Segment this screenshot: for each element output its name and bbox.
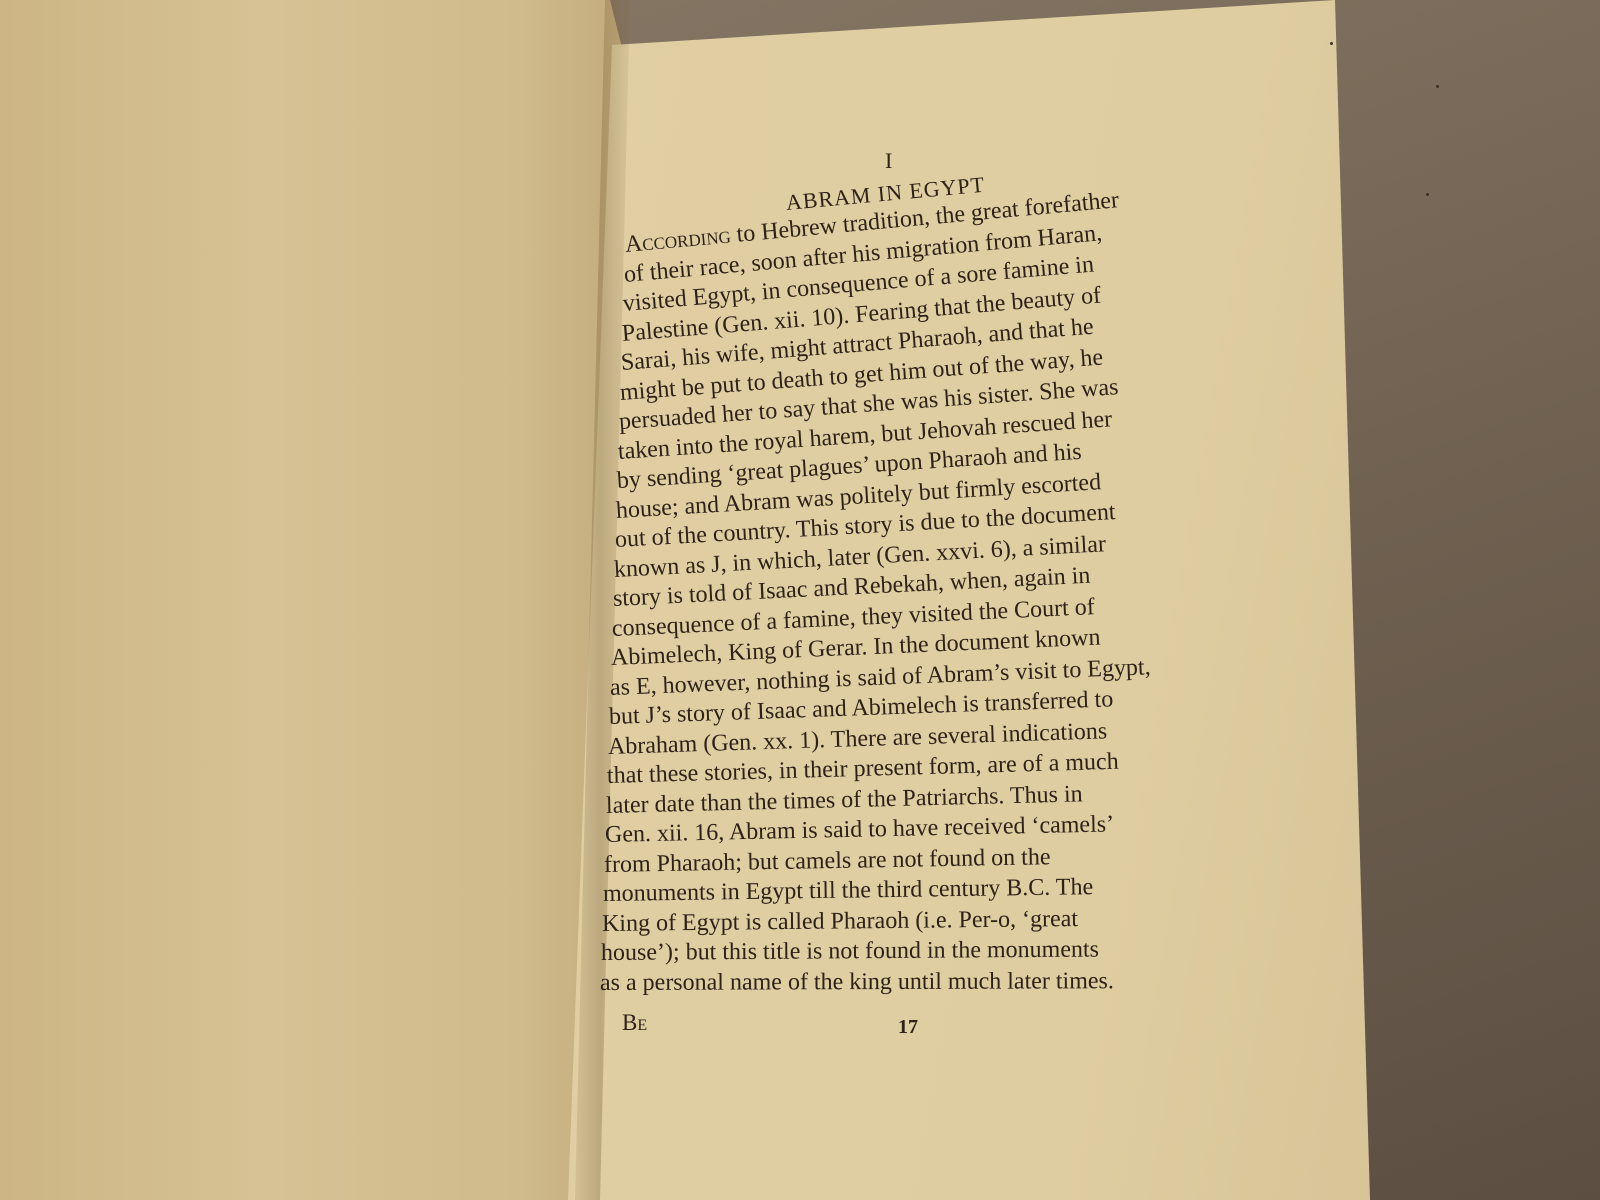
dust-speck: [1330, 42, 1333, 45]
text-line-24: King of Egypt is called Pharaoh (i.e. Pe…: [602, 906, 1078, 938]
signature-mark: Be: [622, 1010, 647, 1036]
dust-speck: [1436, 85, 1439, 88]
dust-speck: [1426, 193, 1429, 196]
chapter-number: I: [885, 148, 892, 174]
page-number: 17: [898, 1016, 918, 1039]
left-page-blank: [0, 0, 650, 1200]
text-line-26: as a personal name of the king until muc…: [600, 968, 1114, 997]
text-line-25: house’); but this title is not found in …: [601, 937, 1099, 967]
book-photo: I ABRAM IN EGYPT According to Hebrew tra…: [0, 0, 1600, 1200]
